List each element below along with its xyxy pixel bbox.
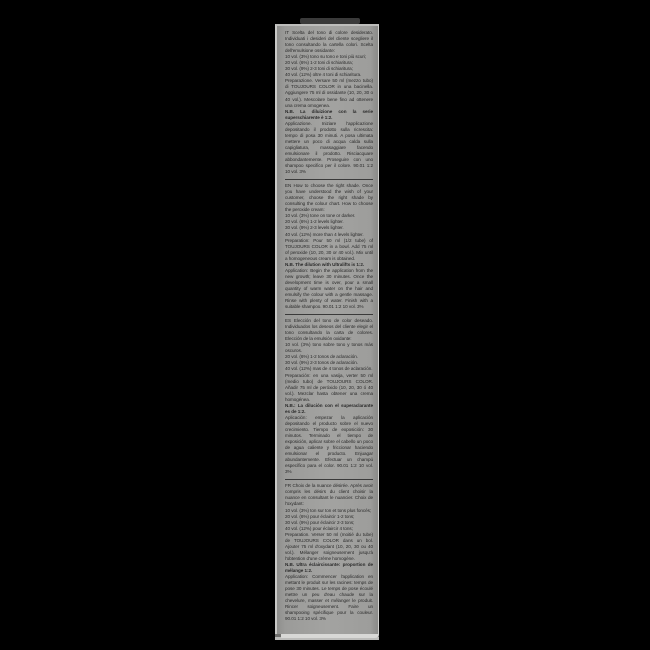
fr-application: Application: Commencer l'application en … — [285, 574, 373, 622]
es-preparation: Preparación: en una vasija, verter 50 ml… — [285, 373, 373, 403]
section-fr: FR Choix de la nuance désirée. Après avo… — [285, 483, 373, 622]
es-note: N.B.: La dilución con el superaclarante … — [285, 403, 373, 415]
en-vol-40: 40 vol. (12%) more than 4 levels lighter… — [285, 232, 373, 238]
es-vol-40: 40 vol. (12%) mas de 4 tonos de aclaraci… — [285, 366, 373, 372]
es-application: Aplicación: empezar la aplicación deposi… — [285, 415, 373, 475]
it-intro: IT Scelta del tono di colore desiderato.… — [285, 30, 373, 54]
instructions-text: IT Scelta del tono di colore desiderato.… — [285, 30, 373, 626]
it-preparation: Preparazione. Versare 50 ml (mezzo tubo)… — [285, 78, 373, 108]
es-intro: ES Elección del tono de color deseado. I… — [285, 318, 373, 342]
section-it: IT Scelta del tono di colore desiderato.… — [285, 30, 373, 175]
section-en: EN How to choose the right shade. Once y… — [285, 183, 373, 310]
divider — [285, 479, 373, 480]
fr-intro: FR Choix de la nuance désirée. Après avo… — [285, 483, 373, 507]
fr-note: N.B. Ultra éclaircissante: proportion de… — [285, 562, 373, 574]
product-box-side-panel: IT Scelta del tono di colore desiderato.… — [275, 24, 379, 634]
es-vol-10: 10 vol. (3%) tono sobre tono y tonos más… — [285, 342, 373, 354]
en-application: Application: Begin the application from … — [285, 268, 373, 310]
it-application: Applicazione. Iniziare l'applicazione de… — [285, 121, 373, 175]
fr-preparation: Preparation. Verser 50 ml (moitié du tub… — [285, 532, 373, 562]
en-preparation: Preparation: Pour 50 ml (1/2 tube) of TO… — [285, 238, 373, 262]
divider — [285, 314, 373, 315]
section-es: ES Elección del tono de color deseado. I… — [285, 318, 373, 475]
divider — [285, 179, 373, 180]
en-intro: EN How to choose the right shade. Once y… — [285, 183, 373, 213]
en-note: N.B. The dilution with Ultralifts is 1:2… — [285, 262, 373, 268]
it-note: N.B. La diluizione con la serie supersch… — [285, 109, 373, 121]
fr-vol-10: 10 vol. (3%) ton sur ton et tons plus fo… — [285, 508, 373, 514]
box-bottom-edge — [281, 634, 379, 638]
